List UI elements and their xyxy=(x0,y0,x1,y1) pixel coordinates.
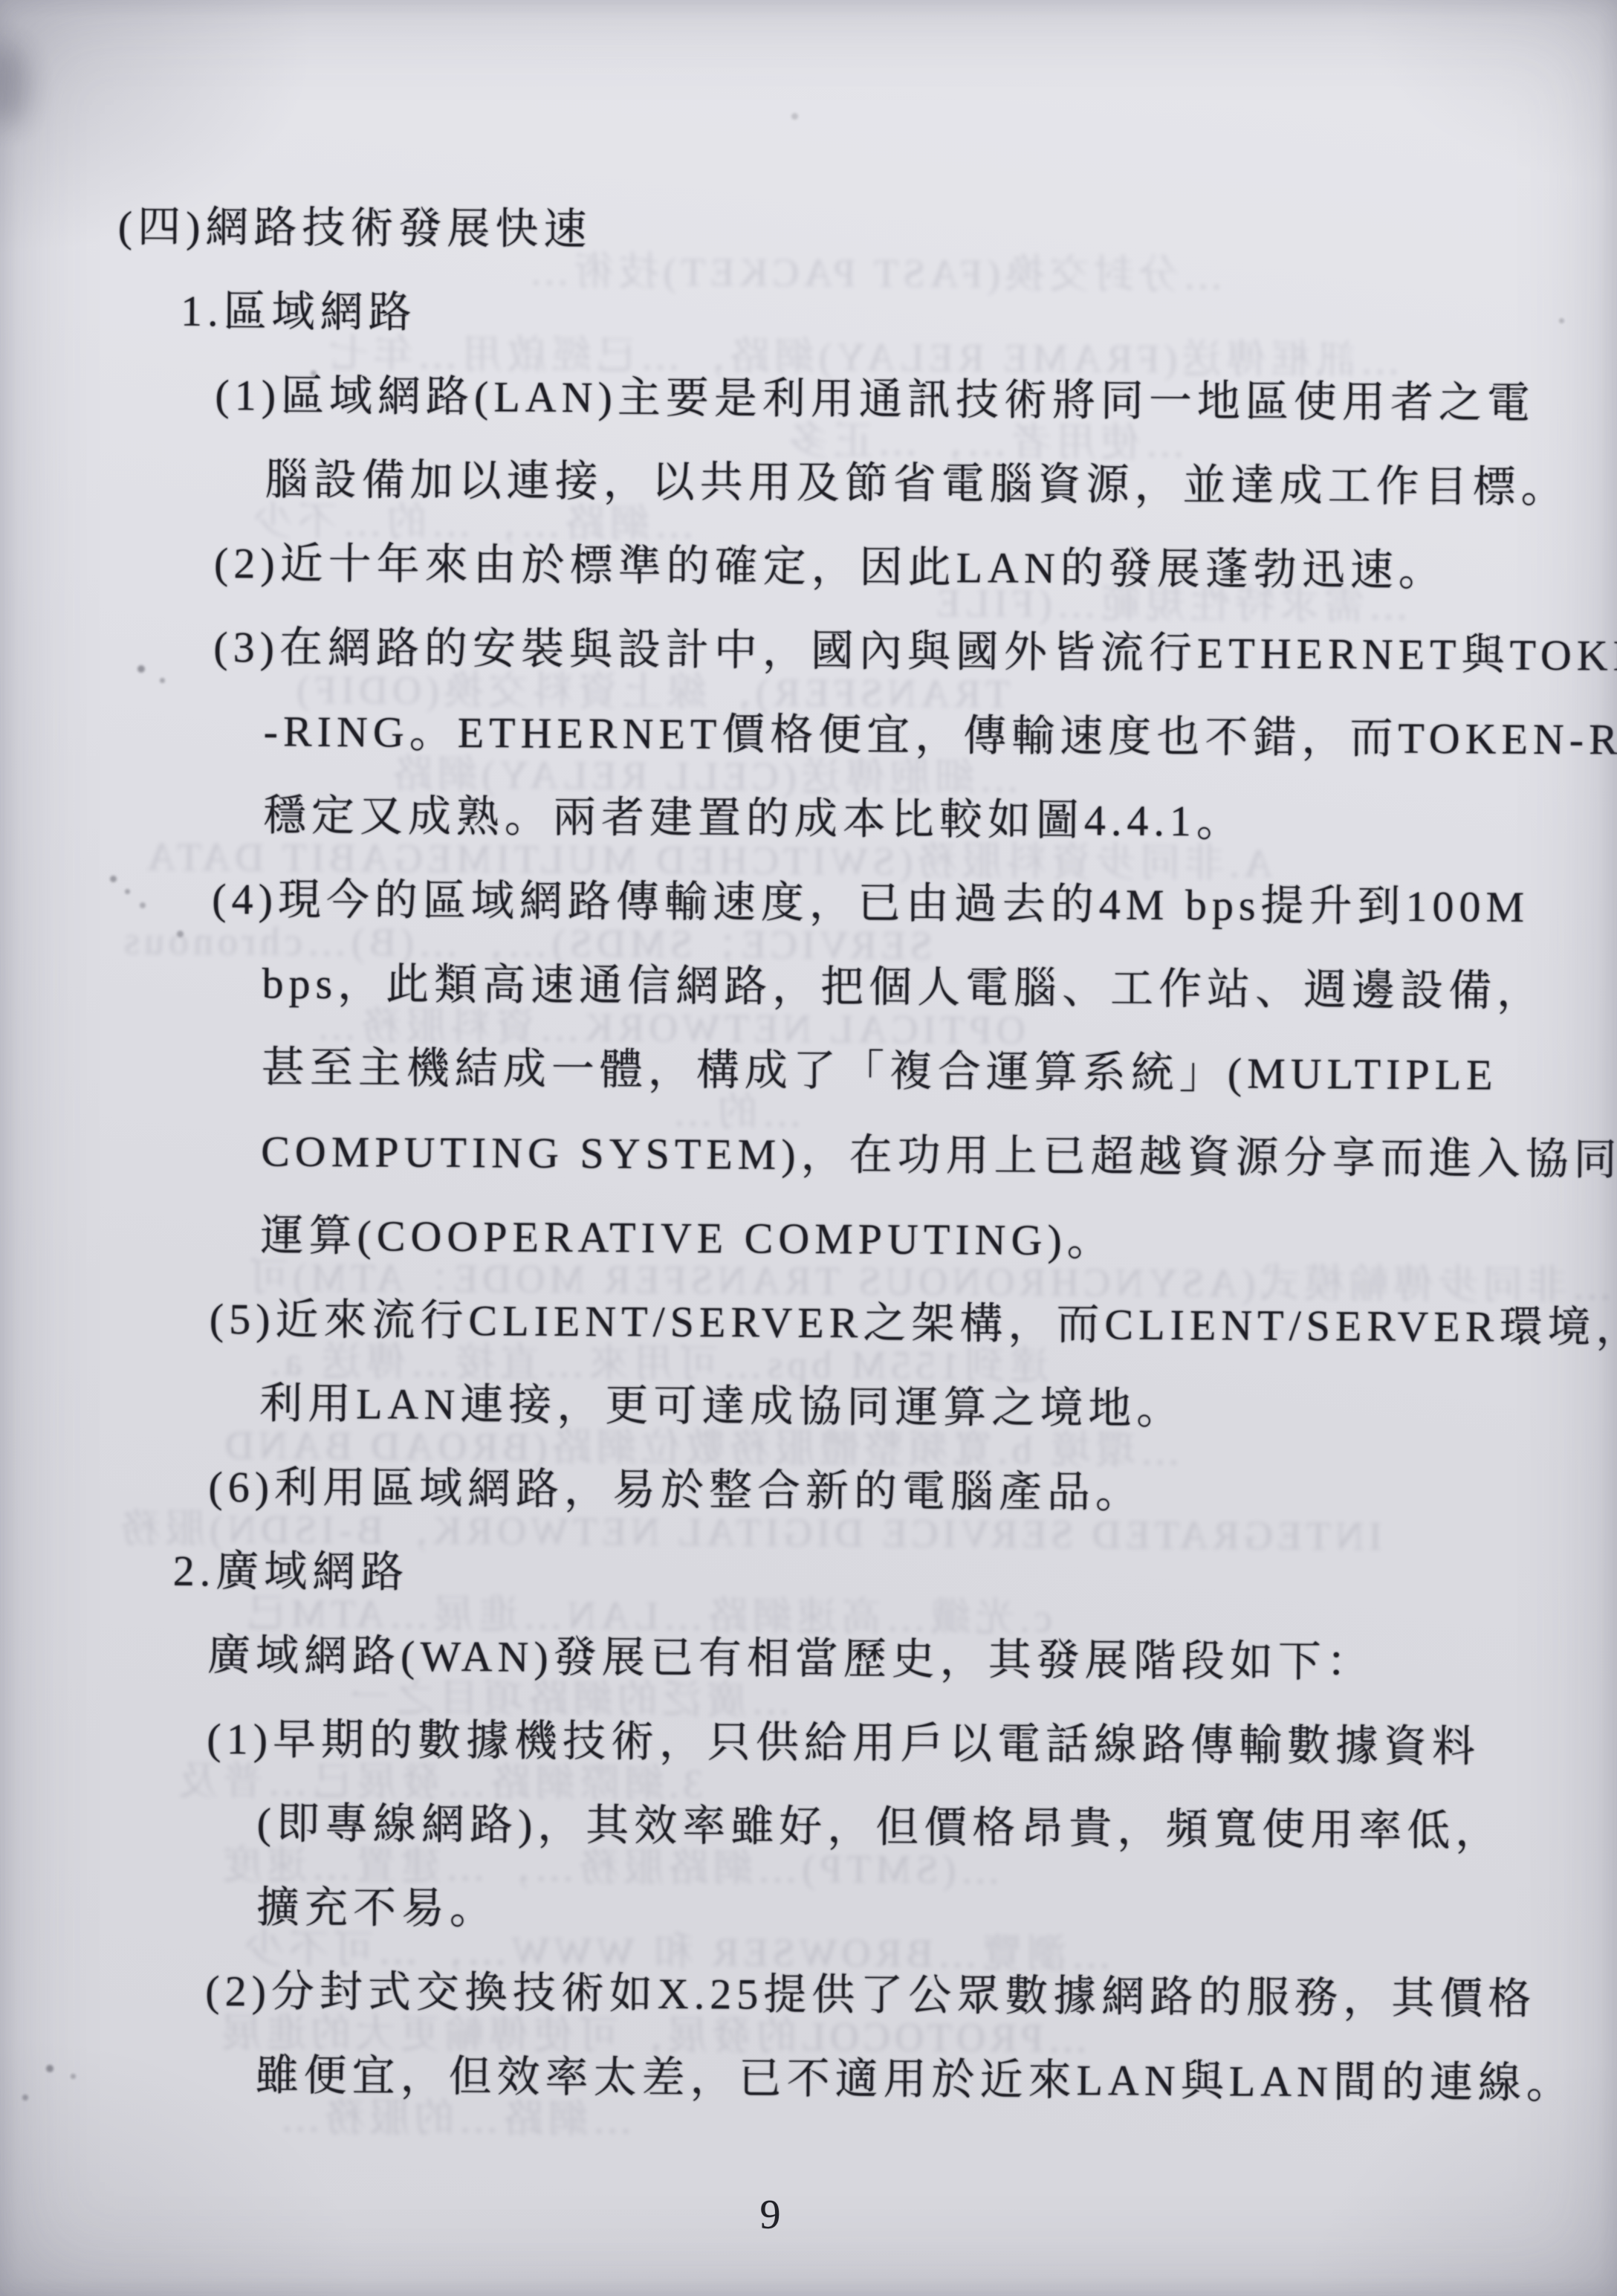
text-line: 雖便宜，但效率太差，已不適用於近來LAN與LAN間的連線。 xyxy=(255,2054,1575,2105)
text-line: 擴充不易。 xyxy=(256,1886,498,1930)
text-line: (5)近來流行CLIENT/SERVER之架構，而CLIENT/SERVER環境… xyxy=(210,1298,1617,1350)
text-line: 利用LAN連接，更可達成協同運算之境地。 xyxy=(259,1382,1185,1431)
text-line: (4)現今的區域網路傳輸速度，已由過去的4M bps提升到100M xyxy=(212,878,1529,929)
text-line: 廣域網路(WAN)發展已有相當歷史，其發展階段如下： xyxy=(207,1634,1375,1684)
text-line: (1)早期的數據機技術，只供給用戶以電話線路傳輸數據資料 xyxy=(207,1718,1480,1768)
scan-tilt-wrapper: …分封交換(FAST PACKET)技術……訊框傳送(FRAME RELAY)網… xyxy=(0,0,1617,2296)
text-line: -RING。ETHERNET價格便宜，傳輸速度也不錯，而TOKEN-RING xyxy=(263,711,1617,763)
text-line: 2.廣域網路 xyxy=(173,1550,409,1594)
text-line: (1)區域網路(LAN)主要是利用通訊技術將同一地區使用者之電 xyxy=(215,374,1535,425)
text-line: (即專線網路)，其效率雖好，但價格昂貴，頻寬使用率低， xyxy=(257,1802,1504,1852)
text-line: (2)分封式交換技術如X.25提供了公眾數據網路的服務，其價格 xyxy=(205,1970,1536,2021)
text-line: 甚至主機結成一體，構成了「複合運算系統」(MULTIPLE xyxy=(262,1047,1498,1097)
text-line: 腦設備加以連接，以共用及節省電腦資源，並達成工作目標。 xyxy=(265,459,1569,510)
text-line: (四)網路技術發展快速 xyxy=(118,205,592,251)
text-line: 穩定又成熟。兩者建置的成本比較如圖4.4.1。 xyxy=(263,795,1245,844)
text-line: bps，此類高速通信網路，把個人電腦、工作站、週邊設備， xyxy=(262,963,1545,1014)
scanned-page: …分封交換(FAST PACKET)技術……訊框傳送(FRAME RELAY)網… xyxy=(0,0,1617,2296)
text-line: (2)近十年來由於標準的確定，因此LAN的發展蓬勃迅速。 xyxy=(214,542,1447,592)
page-number: 9 xyxy=(759,2191,782,2239)
text-line: (3)在網路的安裝與設計中，國內與國外皆流行ETHERNET與TOKEN xyxy=(213,626,1617,678)
document-text-layer: (四)網路技術發展快速1.區域網路(1)區域網路(LAN)主要是利用通訊技術將同… xyxy=(0,0,1617,2296)
text-line: 運算(COOPERATIVE COMPUTING)。 xyxy=(260,1215,1115,1263)
text-line: COMPUTING SYSTEM)，在功用上已超越資源分享而進入協同 xyxy=(261,1131,1617,1182)
text-line: (6)利用區域網路，易於整合新的電腦產品。 xyxy=(208,1466,1144,1515)
text-line: 1.區域網路 xyxy=(181,290,417,334)
